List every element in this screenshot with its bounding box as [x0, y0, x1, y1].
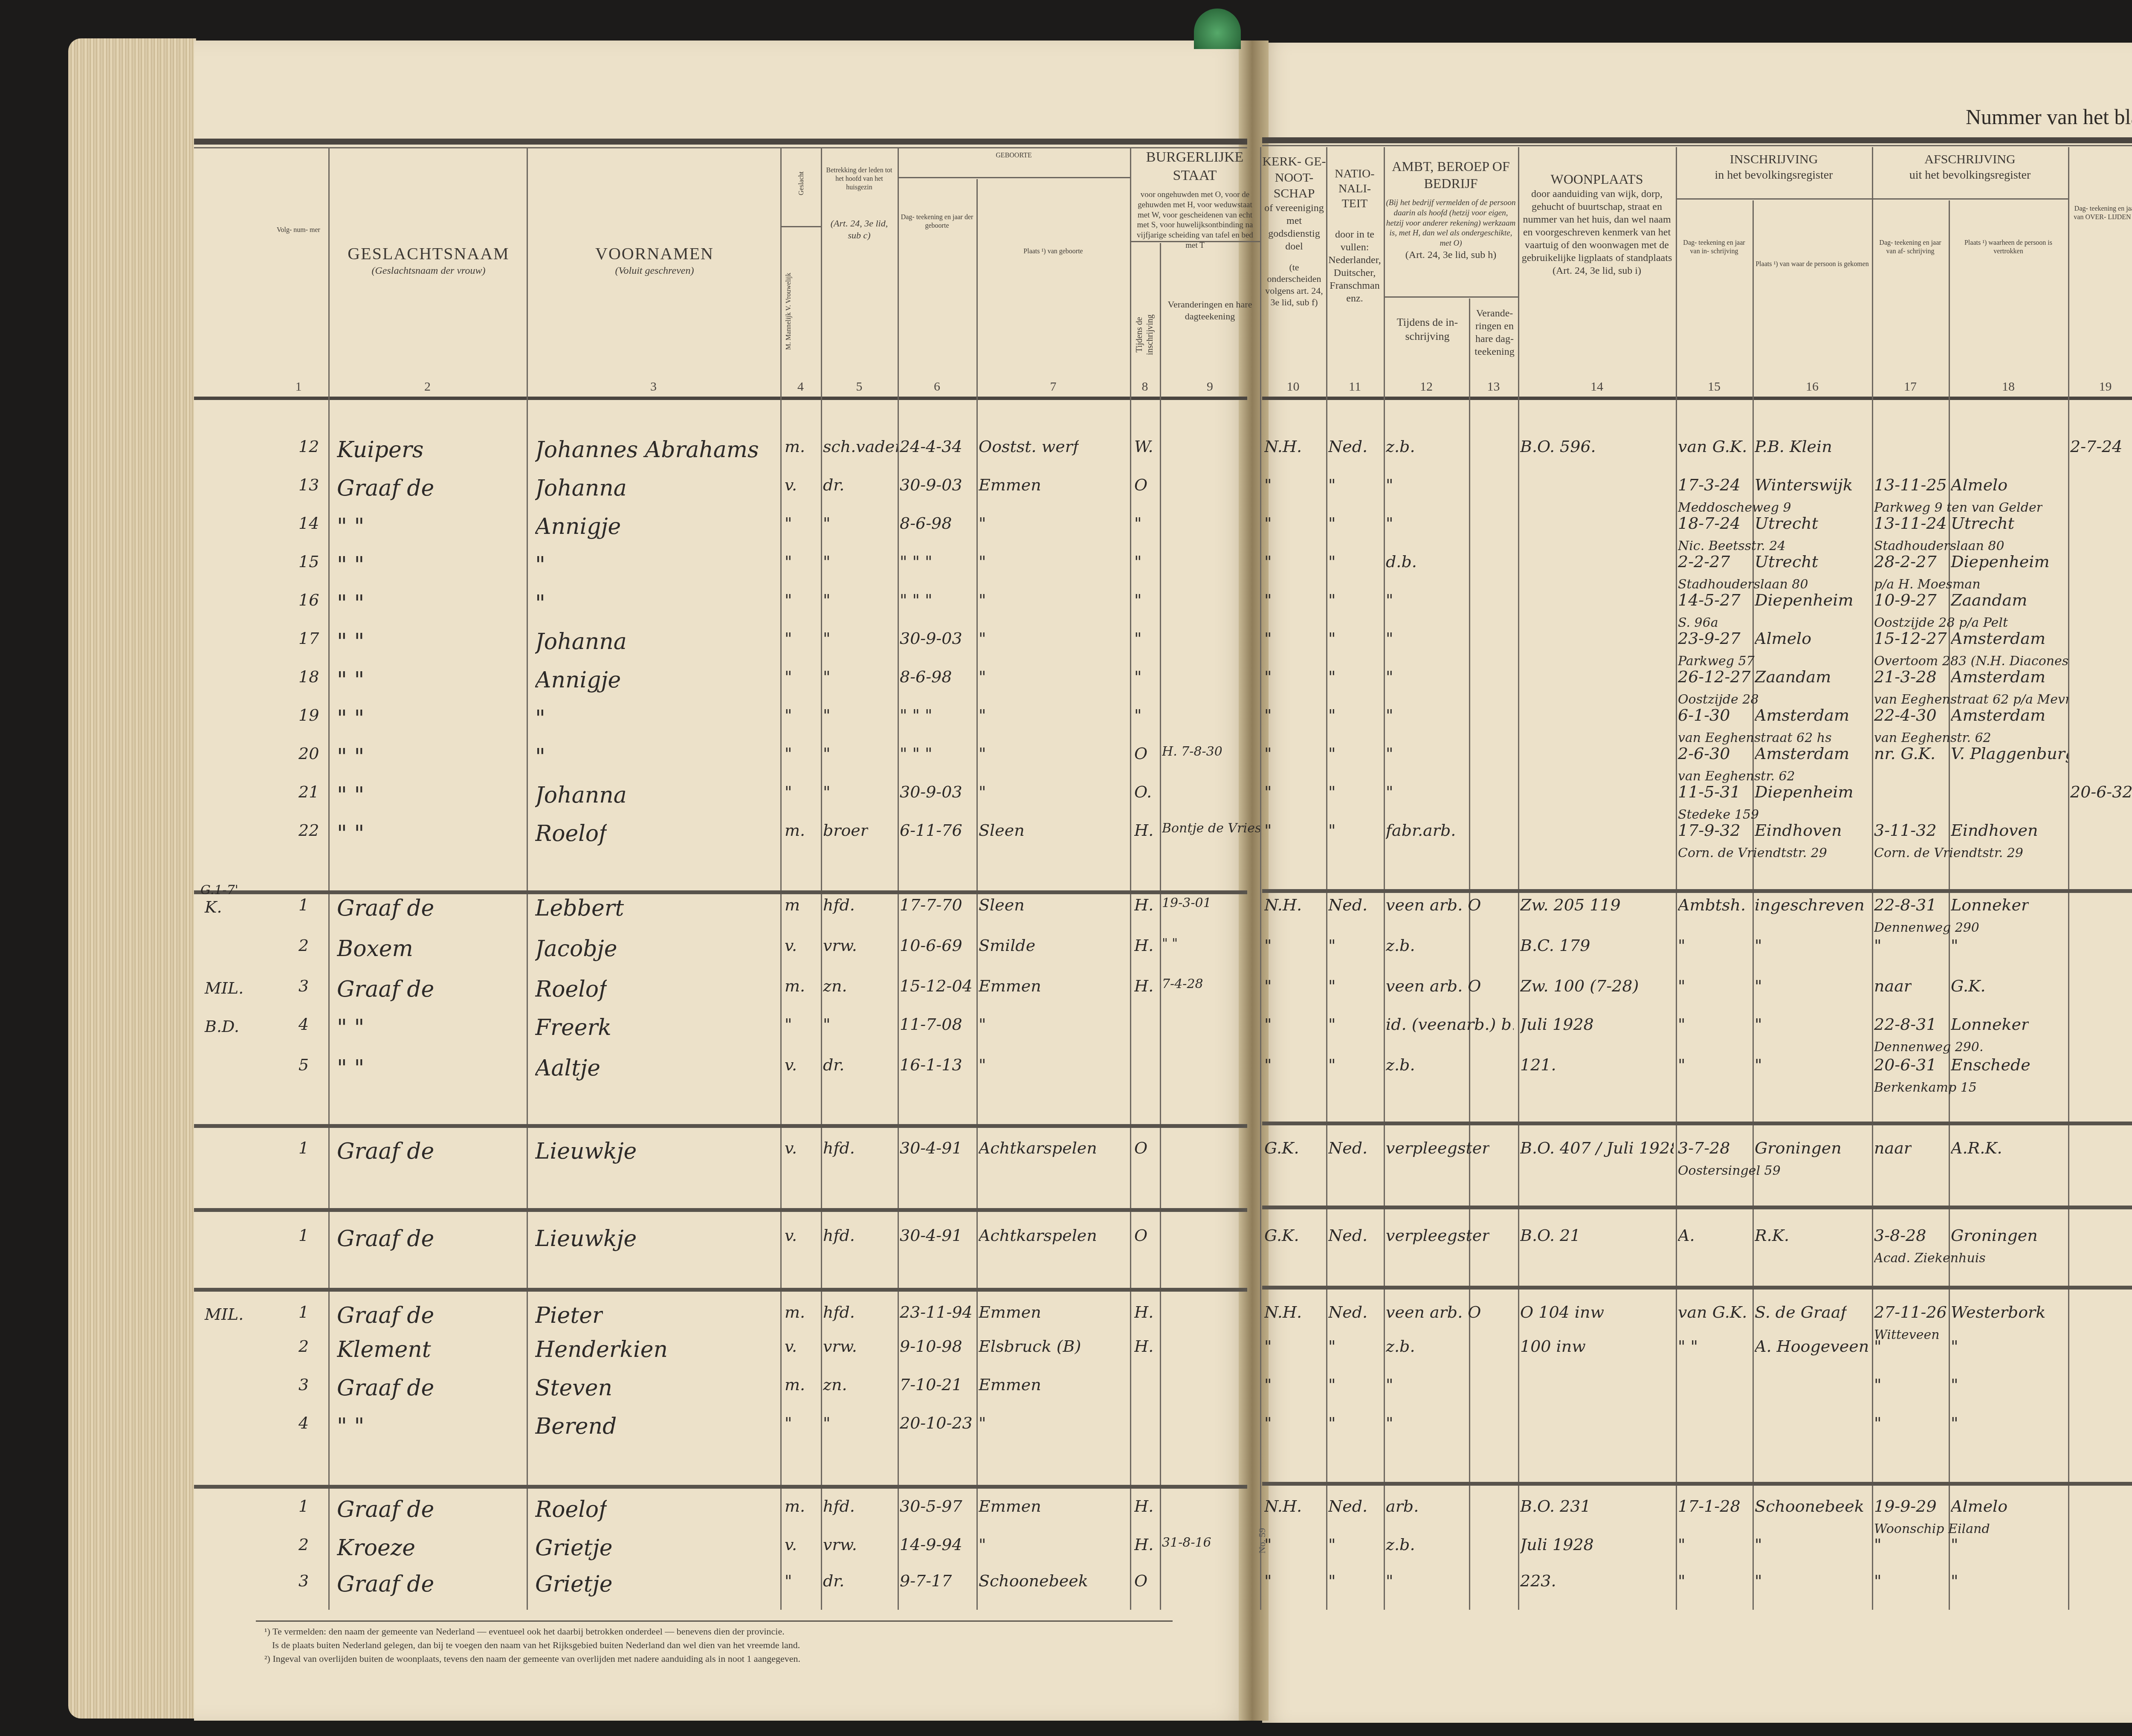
col-line	[1469, 299, 1470, 1610]
cell-voornamen: Johanna	[535, 783, 627, 808]
colnum-2: 2	[328, 380, 527, 394]
cell-inschr-plaats: Amsterdam	[1755, 706, 1849, 725]
cell-afschr-plaats: Utrecht	[1951, 514, 2014, 533]
cell-achternaam: " "	[337, 1015, 364, 1040]
cell-nat: "	[1328, 821, 1335, 840]
cell-voornamen: Roelof	[535, 821, 607, 846]
colnum-17: 17	[1872, 380, 1949, 394]
cell-geslacht: m.	[785, 437, 805, 456]
cell-bs: H.	[1134, 1497, 1153, 1516]
cell-bs: H.	[1134, 977, 1153, 995]
right-page	[1262, 43, 2132, 1723]
cell-geboortedatum: 8-6-98	[900, 667, 952, 686]
header-inschrijving-title: INSCHRIJVING	[1678, 151, 1870, 168]
sheet-number-label: Nummer van het blad	[1966, 104, 2132, 129]
header-top-rule-left	[194, 139, 1247, 145]
cell-afschr-plaats: Zaandam	[1951, 591, 2027, 609]
cell-nat: Ned.	[1328, 1139, 1367, 1157]
header-ambt-tijdens: Tijdens de in- schrijving	[1386, 316, 1469, 343]
cell-bs: O	[1134, 1571, 1147, 1590]
cell-beroep: verpleegster	[1386, 1226, 1489, 1245]
cell-bs: O	[1134, 744, 1147, 763]
cell-geslacht: m.	[785, 1375, 805, 1394]
cell-geboortedatum: " " "	[900, 744, 933, 763]
cell-afschr-plaats: "	[1951, 1535, 1958, 1554]
cell-nr: 2	[298, 1337, 309, 1356]
col-line	[1384, 147, 1385, 1610]
cell-bs-wijz: 31-8-16	[1162, 1535, 1211, 1550]
cell-inschr-plaats: A. Hoogeveen	[1755, 1337, 1869, 1356]
cell-afschr-datum: "	[1874, 1571, 1881, 1590]
cell-afschr-datum: 13-11-24	[1874, 514, 1947, 533]
cell-inschr-datum: "	[1678, 1535, 1685, 1554]
cell-nr: 16	[298, 591, 319, 609]
cell-woonplaats: Zw. 100 (7-28)	[1520, 977, 1639, 995]
bookmark-ribbon	[1194, 9, 1241, 49]
cell-overlijden: 20-6-32	[2070, 783, 2132, 801]
cell-afschr-plaats: "	[1951, 1571, 1958, 1590]
cell-nat: "	[1328, 552, 1335, 571]
cell-woonplaats: B.O. 596.	[1520, 437, 1596, 456]
cell-kerk: G.K.	[1264, 1226, 1299, 1245]
colnum-3: 3	[527, 380, 780, 394]
cell-afschr-extra: Corn. de Vriendtstr. 29	[1874, 846, 2023, 861]
cell-achternaam: " "	[337, 552, 364, 578]
sheet-stamp: No. 59	[1257, 1528, 1268, 1553]
cell-geboortedatum: 30-9-03	[900, 629, 962, 648]
cell-voornamen: Roelof	[535, 977, 607, 1002]
cell-afschr-datum: 19-9-29	[1874, 1497, 1937, 1516]
cell-afschr-extra: Stadhouderslaan 80	[1874, 539, 2005, 554]
cell-inschr-datum: van G.K.	[1678, 1303, 1747, 1322]
cell-geboorteplaats: "	[979, 1535, 986, 1554]
cell-nr: 14	[298, 514, 319, 533]
cell-nat: Ned.	[1328, 437, 1367, 456]
cell-achternaam: Graaf de	[337, 1139, 434, 1164]
header-overlijden: Dag- teekening en jaar van OVER- LIJDEN …	[2070, 205, 2132, 222]
cell-geboortedatum: 10-6-69	[900, 936, 962, 955]
cell-woonplaats: 223.	[1520, 1571, 1556, 1590]
cell-voornamen: Lebbert	[535, 896, 624, 921]
cell-inschr-plaats: Almelo	[1755, 629, 1811, 648]
cell-inschr-extra: Oostzijde 28	[1678, 692, 1758, 707]
cell-voornamen: Johanna	[535, 475, 627, 501]
cell-kerk: "	[1264, 936, 1272, 955]
cell-afschr-datum: 13-11-25	[1874, 475, 1947, 494]
cell-achternaam: " "	[337, 1414, 364, 1439]
cell-afschr-plaats: Lonneker	[1951, 1015, 2029, 1034]
header-kerk-note: (te onderscheiden volgens art. 24, 3e li…	[1262, 261, 1326, 308]
cell-kerk: "	[1264, 1571, 1272, 1590]
cell-beroep: "	[1386, 783, 1393, 801]
header-woonplaats-title: WOONPLAATS	[1520, 171, 1674, 188]
afschrijving-divider	[1872, 198, 2068, 200]
header-top-rule-right-thin	[1262, 145, 2132, 146]
cell-beroep: verpleegster	[1386, 1139, 1489, 1157]
cell-nr: 4	[298, 1414, 309, 1432]
cell-bs-wijz: 7-4-28	[1162, 977, 1203, 991]
cell-nr: 12	[298, 437, 319, 456]
cell-achternaam: Graaf de	[337, 1571, 434, 1597]
block-separator	[194, 1288, 1247, 1292]
colnum-1: 1	[269, 380, 328, 394]
cell-voornamen: Grietje	[535, 1571, 613, 1597]
cell-inschr-plaats: Diepenheim	[1755, 783, 1854, 801]
cell-beroep: arb.	[1386, 1497, 1419, 1516]
cell-geboorteplaats: Emmen	[979, 1303, 1041, 1322]
cell-bs: O.	[1134, 783, 1152, 801]
cell-inschr-plaats: ingeschreven	[1755, 896, 1865, 914]
cell-geboorteplaats: Achtkarspelen	[979, 1139, 1097, 1157]
header-afschrijving: AFSCHRIJVING uit het bevolkingsregister	[1874, 151, 2066, 183]
cell-inschr-datum: van G.K.	[1678, 437, 1747, 456]
cell-kerk: N.H.	[1264, 1303, 1302, 1322]
header-woonplaats-sub: door aanduiding van wijk, dorp, gehucht …	[1520, 188, 1674, 264]
cell-geboorteplaats: Schoonebeek	[979, 1571, 1088, 1590]
cell-geboortedatum: 15-12-04	[900, 977, 973, 995]
cell-inschr-datum: "	[1678, 977, 1685, 995]
cell-geslacht: "	[785, 591, 792, 609]
cell-inschr-extra: Oostersingel 59	[1678, 1163, 1781, 1178]
cell-kerk: "	[1264, 744, 1272, 763]
cell-inschr-plaats: "	[1755, 1535, 1762, 1554]
cell-geboorteplaats: "	[979, 552, 986, 571]
ambt-divider	[1384, 296, 1518, 298]
header-top-rule-left-thin	[194, 147, 1247, 148]
cell-beroep: z.b.	[1386, 1337, 1415, 1356]
cell-inschr-datum: 18-7-24	[1678, 514, 1741, 533]
cell-bs: O	[1134, 475, 1147, 494]
cell-geboorteplaats: "	[979, 706, 986, 725]
colnum-19: 19	[2068, 380, 2132, 394]
cell-afschr-datum: naar	[1874, 977, 1912, 995]
header-ambt-sub: (Bij het bedrijf vermelden of de persoon…	[1386, 198, 1516, 249]
cell-achternaam: Graaf de	[337, 1303, 434, 1328]
cell-geslacht: v.	[785, 1139, 797, 1157]
cell-inschr-plaats: Eindhoven	[1755, 821, 1842, 840]
cell-afschr-plaats: Amsterdam	[1951, 667, 2045, 686]
cell-afschr-plaats: Almelo	[1951, 475, 2007, 494]
colnum-10: 10	[1260, 380, 1326, 394]
cell-betrekking: dr.	[823, 1055, 844, 1074]
cell-afschr-plaats: Eindhoven	[1951, 821, 2038, 840]
cell-afschr-plaats: Groningen	[1951, 1226, 2038, 1245]
col-line	[780, 147, 782, 1610]
cell-afschr-datum: "	[1874, 936, 1881, 955]
cell-afschr-plaats: A.R.K.	[1951, 1139, 2002, 1157]
colnum-14: 14	[1518, 380, 1676, 394]
cell-inschr-plaats: Groningen	[1755, 1139, 1842, 1157]
cell-geboortedatum: 20-10-23	[900, 1414, 973, 1432]
cell-kerk: "	[1264, 1015, 1272, 1034]
cell-betrekking: "	[823, 744, 830, 763]
cell-geboortedatum: 17-7-70	[900, 896, 962, 914]
cell-inschr-datum: 17-3-24	[1678, 475, 1741, 494]
header-kerk-title: KERK- GE- NOOT- SCHAP	[1262, 154, 1326, 202]
cell-beroep: "	[1386, 591, 1393, 609]
cell-nr: 20	[298, 744, 319, 763]
cell-inschr-plaats: Utrecht	[1755, 552, 1818, 571]
colnum-11: 11	[1326, 380, 1384, 394]
cell-bs: "	[1134, 667, 1141, 686]
cell-beroep: "	[1386, 629, 1393, 648]
cell-afschr-datum: "	[1874, 1375, 1881, 1394]
cell-nat: Ned.	[1328, 1226, 1367, 1245]
cell-nr: 13	[298, 475, 319, 494]
cell-afschr-extra: Dennenweg 290	[1874, 920, 1979, 935]
cell-afschr-extra: Woonschip Eiland	[1874, 1522, 1990, 1536]
header-volgnummer: Volg- num- mer	[269, 226, 328, 235]
cell-geboorteplaats: Sleen	[979, 896, 1025, 914]
cell-afschr-plaats: "	[1951, 936, 1958, 955]
cell-afschr-extra: Acad. Ziekenhuis	[1874, 1251, 1986, 1266]
cell-afschr-plaats: "	[1951, 1337, 1958, 1356]
cell-bs: H.	[1134, 1303, 1153, 1322]
cell-achternaam: " "	[337, 667, 364, 693]
cell-inschr-extra: Meddoscheweg 9	[1678, 500, 1791, 515]
cell-inschr-datum: "	[1678, 1055, 1685, 1074]
cell-geslacht: m.	[785, 821, 805, 840]
cell-geboorteplaats: "	[979, 1055, 986, 1074]
cell-afschr-datum: "	[1874, 1414, 1881, 1432]
cell-voornamen: Steven	[535, 1375, 612, 1401]
colnum-18: 18	[1949, 380, 2068, 394]
cell-nr: 17	[298, 629, 319, 648]
header-betrekking-sub: (Art. 24, 3e lid, sub c)	[823, 217, 895, 241]
cell-overlijden: 2-7-24	[2070, 437, 2122, 456]
cell-betrekking: hfd.	[823, 896, 855, 914]
cell-inschr-datum: 3-7-28	[1678, 1139, 1730, 1157]
cell-woonplaats: 121.	[1520, 1055, 1556, 1074]
footnote-rule	[256, 1620, 1173, 1622]
cell-nat: "	[1328, 1571, 1335, 1590]
cell-geboorteplaats: "	[979, 783, 986, 801]
header-geboorte-plaats: Plaats ¹) van geboorte	[979, 247, 1128, 256]
cell-geslacht: v.	[785, 475, 797, 494]
cell-geboortedatum: 24-4-34	[900, 437, 962, 456]
cell-afschr-plaats: V. Plaggenburg	[1951, 744, 2068, 763]
cell-woonplaats: B.C. 179	[1520, 936, 1590, 955]
cell-inschr-datum: "	[1678, 936, 1685, 955]
cell-nat: "	[1328, 1055, 1335, 1074]
cell-bs: O	[1134, 1139, 1147, 1157]
geboorte-divider	[898, 177, 1130, 178]
cell-inschr-extra: S. 96a	[1678, 615, 1718, 630]
cell-afschr-datum: 22-8-31	[1874, 1015, 1937, 1034]
cell-afschr-plaats: G.K.	[1951, 977, 1986, 995]
header-betrekking: Betrekking der leden tot het hoofd van h…	[823, 166, 895, 241]
cell-beroep: "	[1386, 1375, 1393, 1394]
block-separator	[194, 1124, 1247, 1128]
cell-nat: "	[1328, 783, 1335, 801]
cell-geboorteplaats: "	[979, 591, 986, 609]
cell-beroep: "	[1386, 475, 1393, 494]
cell-betrekking: "	[823, 591, 830, 609]
cell-inschr-datum: A.	[1678, 1226, 1695, 1245]
cell-voornamen: Lieuwkje	[535, 1226, 637, 1252]
header-geboorte: GEBOORTE	[898, 151, 1130, 160]
cell-inschr-plaats: P.B. Klein	[1755, 437, 1832, 456]
cell-inschr-extra: Corn. de Vriendtstr. 29	[1678, 846, 1827, 861]
cell-voornamen: Johanna	[535, 629, 627, 655]
row-prefix: B.D.	[205, 1017, 239, 1036]
cell-voornamen: Grietje	[535, 1535, 613, 1561]
cell-nr: 22	[298, 821, 319, 840]
cell-nat: "	[1328, 1375, 1335, 1394]
cell-afschr-datum: 28-2-27	[1874, 552, 1937, 571]
cell-kerk: "	[1264, 783, 1272, 801]
cell-geboortedatum: 6-11-76	[900, 821, 962, 840]
cell-geboortedatum: " " "	[900, 552, 933, 571]
cell-woonplaats: Juli 1928	[1520, 1015, 1594, 1034]
cell-bs-wijz: H. 7-8-30	[1162, 744, 1222, 759]
cell-bs: W.	[1134, 437, 1153, 456]
cell-bs: "	[1134, 706, 1141, 725]
col-line	[1949, 200, 1950, 1610]
header-bottom-rule-left	[194, 397, 1247, 400]
col-line	[1260, 147, 1261, 1610]
colnum-7: 7	[976, 380, 1130, 394]
cell-nat: Ned.	[1328, 896, 1367, 914]
cell-betrekking: zn.	[823, 1375, 847, 1394]
cell-inschr-datum: 26-12-27	[1678, 667, 1751, 686]
cell-nat: "	[1328, 629, 1335, 648]
cell-nr: 2	[298, 936, 309, 955]
col-line	[1872, 147, 1873, 1610]
cell-geslacht: v.	[785, 1535, 797, 1554]
cell-achternaam: " "	[337, 514, 364, 539]
cell-geboorteplaats: "	[979, 667, 986, 686]
cell-kerk: N.H.	[1264, 437, 1302, 456]
cell-inschr-plaats: Amsterdam	[1755, 744, 1849, 763]
header-inschrijving: INSCHRIJVING in het bevolkingsregister	[1678, 151, 1870, 183]
block-separator	[1262, 1122, 2132, 1125]
cell-achternaam: " "	[337, 629, 364, 655]
cell-nat: "	[1328, 1337, 1335, 1356]
cell-nr: 19	[298, 706, 319, 725]
cell-geslacht: m.	[785, 1497, 805, 1516]
header-betrekking-title: Betrekking der leden tot het hoofd van h…	[823, 166, 895, 192]
cell-geboorteplaats: Elsbruck (B)	[979, 1337, 1081, 1356]
cell-beroep: "	[1386, 744, 1393, 763]
cell-inschr-plaats: Diepenheim	[1755, 591, 1854, 609]
cell-kerk: "	[1264, 1055, 1272, 1074]
cell-nr: 1	[298, 1139, 309, 1157]
cell-nr: 1	[298, 1303, 309, 1322]
cell-voornamen: Pieter	[535, 1303, 603, 1328]
cell-beroep: id. (veenarb.) b.	[1386, 1015, 1514, 1034]
header-bottom-rule-right	[1262, 397, 2132, 400]
cell-nat: Ned.	[1328, 1303, 1367, 1322]
col-line	[1130, 147, 1131, 1610]
cell-geboortedatum: 30-9-03	[900, 475, 962, 494]
header-bs-veranderingen: Veranderingen en hare dagteekening	[1162, 299, 1258, 322]
header-afschrijving-sub: uit het bevolkingsregister	[1874, 168, 2066, 183]
cell-beroep: "	[1386, 1414, 1393, 1432]
cell-nr: 21	[298, 783, 319, 801]
colnum-6: 6	[898, 380, 976, 394]
cell-afschr-datum: 10-9-27	[1874, 591, 1937, 609]
cell-afschr-plaats: Almelo	[1951, 1497, 2007, 1516]
cell-voornamen: Berend	[535, 1414, 617, 1439]
block-separator	[1262, 1286, 2132, 1290]
cell-inschr-datum: " "	[1678, 1337, 1698, 1356]
cell-afschr-extra: Overtoom 283 (N.H. Diaconessenhuis)	[1874, 654, 2068, 669]
cell-geslacht: "	[785, 629, 792, 648]
cell-afschr-extra: p/a H. Moesman	[1874, 577, 1981, 592]
header-kerkgenootschap: KERK- GE- NOOT- SCHAP of vereeniging met…	[1262, 154, 1326, 308]
cell-betrekking: "	[823, 667, 830, 686]
cell-afschr-plaats: Amsterdam	[1951, 706, 2045, 725]
header-inschr-datum: Dag- teekening en jaar van in- schrijvin…	[1678, 239, 1750, 256]
cell-inschr-extra: Nic. Beetsstr. 24	[1678, 539, 1785, 554]
header-inschrijving-sub: in het bevolkingsregister	[1678, 168, 1870, 183]
cell-woonplaats: B.O. 407 / Juli 1928 / 405 / K. 340 (6/2…	[1520, 1139, 1674, 1157]
cell-woonplaats: B.O. 21	[1520, 1226, 1580, 1245]
cell-inschr-datum: 17-9-32	[1678, 821, 1741, 840]
cell-kerk: "	[1264, 1337, 1272, 1356]
cell-kerk: "	[1264, 977, 1272, 995]
header-ambt-title: AMBT, BEROEP OF BEDRIJF	[1386, 158, 1516, 192]
header-woonplaats-note: (Art. 24, 3e lid, sub i)	[1520, 264, 1674, 277]
cell-betrekking: vrw.	[823, 936, 857, 955]
cell-beroep: veen arb. O	[1386, 896, 1481, 914]
cell-geslacht: v.	[785, 1055, 797, 1074]
cell-inschr-plaats: Winterswijk	[1755, 475, 1853, 494]
cell-beroep: z.b.	[1386, 1055, 1415, 1074]
cell-geslacht: "	[785, 514, 792, 533]
cell-geslacht: "	[785, 667, 792, 686]
cell-beroep: "	[1386, 514, 1393, 533]
cell-bs: "	[1134, 629, 1141, 648]
cell-bs: "	[1134, 552, 1141, 571]
cell-betrekking: hfd.	[823, 1303, 855, 1322]
block-separator	[194, 1485, 1247, 1489]
cell-kerk: G.K.	[1264, 1139, 1299, 1157]
row-prefix: K.	[205, 898, 222, 916]
cell-nr: 3	[298, 977, 309, 995]
cell-inschr-plaats: Zaandam	[1755, 667, 1831, 686]
cell-geboorteplaats: Emmen	[979, 475, 1041, 494]
header-burgerlijke-staat-sub: voor ongehuwden met O, voor de gehuwden …	[1132, 190, 1258, 251]
cell-afschr-plaats: "	[1951, 1375, 1958, 1394]
cell-afschr-datum: nr. G.K.	[1874, 744, 1935, 763]
cell-geboortedatum: 9-7-17	[900, 1571, 952, 1590]
cell-nat: "	[1328, 977, 1335, 995]
cell-voornamen: Jacobje	[535, 936, 617, 962]
cell-bs-wijz: " "	[1162, 936, 1178, 951]
cell-nr: 5	[298, 1055, 309, 1074]
cell-geboorteplaats: "	[979, 514, 986, 533]
cell-geboortedatum: 7-10-21	[900, 1375, 962, 1394]
colnum-4: 4	[780, 380, 821, 394]
cell-nat: "	[1328, 1535, 1335, 1554]
header-geslachtsnaam-title: GESLACHTSNAAM	[330, 243, 527, 264]
cell-achternaam: Kuipers	[337, 437, 423, 463]
cell-nr: 1	[298, 1226, 309, 1245]
cell-bs: H.	[1134, 936, 1153, 955]
cell-geboorteplaats: Emmen	[979, 1497, 1041, 1516]
cell-voornamen: Freerk	[535, 1015, 611, 1040]
header-voornamen-title: VOORNAMEN	[529, 243, 780, 264]
cell-beroep: fabr.arb.	[1386, 821, 1456, 840]
cell-inschr-datum: Ambtsh.	[1678, 896, 1746, 914]
header-geslacht: Geslacht	[797, 149, 806, 217]
cell-geslacht: "	[785, 552, 792, 571]
cell-betrekking: sch.vader	[823, 437, 898, 456]
cell-achternaam: " "	[337, 821, 364, 846]
cell-geboortedatum: 8-6-98	[900, 514, 952, 533]
